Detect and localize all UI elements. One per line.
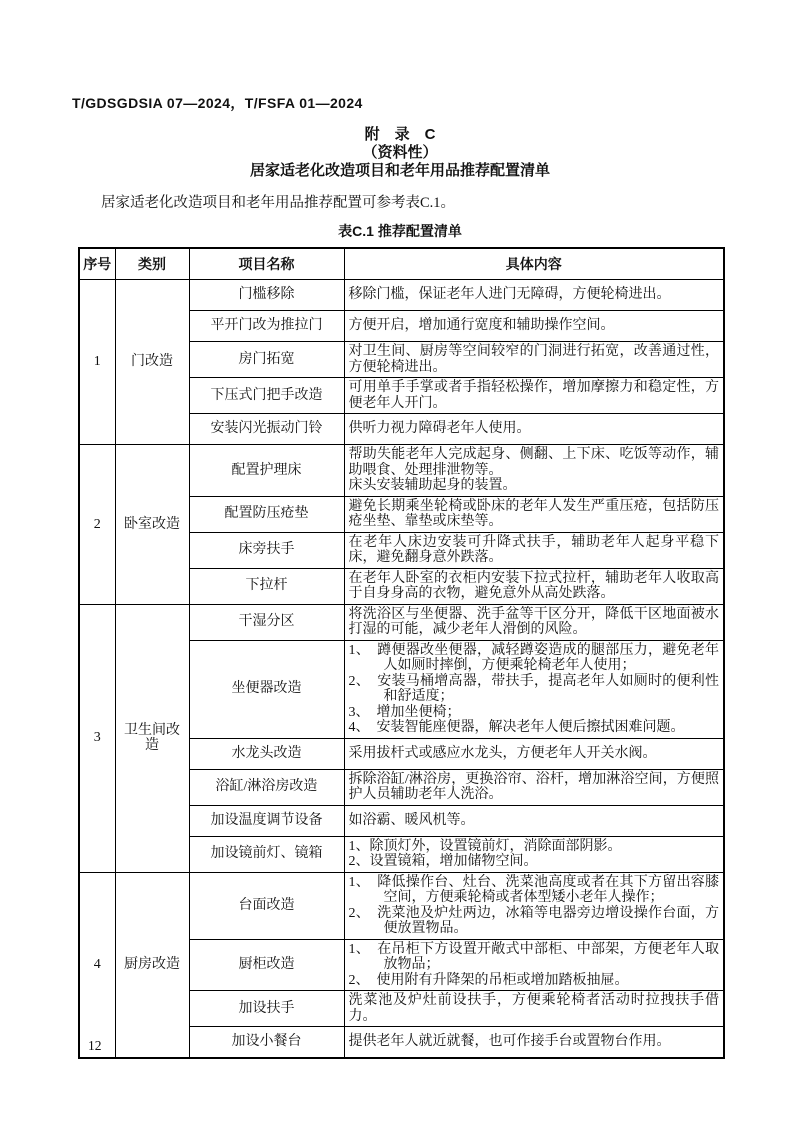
item-name-cell: 门槛移除: [189, 280, 344, 311]
category-cell: 厨房改造: [115, 872, 189, 1058]
content-line: 3、 增加坐便椅；: [349, 705, 720, 721]
row-no-cell: 1: [79, 280, 115, 445]
appendix-title-block: 附 录 C （资料性） 居家适老化改造项目和老年用品推荐配置清单: [0, 126, 800, 180]
col-header-3: 具体内容: [344, 248, 724, 280]
content-line: 4、 安装智能座便器，解决老年人便后擦拭困难问题。: [349, 720, 720, 736]
item-name-cell: 坐便器改造: [189, 640, 344, 738]
content-line: 床头安装辅助起身的装置。: [349, 478, 720, 494]
table-row: 4厨房改造台面改造1、 降低操作台、灶台、洗菜池高度或者在其下方留出容膝空间，方…: [79, 872, 724, 939]
doc-code: T/GDSGDSIA 07—2024，T/FSFA 01—2024: [72, 93, 363, 113]
row-no-cell: 4: [79, 872, 115, 1058]
item-name-cell: 房门拓宽: [189, 342, 344, 378]
config-table: 序号类别项目名称具体内容 1门改造门槛移除移除门槛，保证老年人进门无障碍，方便轮…: [78, 247, 725, 1059]
col-header-0: 序号: [79, 248, 115, 280]
item-content-cell: 1、 在吊柜下方设置开敞式中部柜、中部架，方便老年人取放物品；2、 使用附有升降…: [344, 939, 724, 991]
content-line: 2、 洗菜池及炉灶两边，冰箱等电器旁边增设操作台面，方便放置物品。: [349, 906, 720, 937]
item-content-cell: 方便开启，增加通行宽度和辅助操作空间。: [344, 311, 724, 342]
item-name-cell: 下拉杆: [189, 568, 344, 604]
item-content-cell: 避免长期乘坐轮椅或卧床的老年人发生严重压疮，包括防压疮坐垫、靠垫或床垫等。: [344, 496, 724, 532]
col-header-2: 项目名称: [189, 248, 344, 280]
table-head: 序号类别项目名称具体内容: [79, 248, 724, 280]
item-name-cell: 床旁扶手: [189, 532, 344, 568]
item-content-cell: 在老年人卧室的衣柜内安装下拉式拉杆，辅助老年人收取高于自身身高的衣物，避免意外从…: [344, 568, 724, 604]
intro-paragraph: 居家适老化改造项目和老年用品推荐配置可参考表C.1。: [72, 194, 723, 212]
item-content-cell: 如浴霸、暖风机等。: [344, 805, 724, 836]
item-content-cell: 采用拔杆式或感应水龙头，方便老年人开关水阀。: [344, 738, 724, 769]
item-name-cell: 配置护理床: [189, 445, 344, 497]
item-name-cell: 加设扶手: [189, 991, 344, 1027]
item-content-cell: 将洗浴区与坐便器、洗手盆等干区分开，降低干区地面被水打湿的可能，减少老年人滑倒的…: [344, 604, 724, 640]
appendix-title: 居家适老化改造项目和老年用品推荐配置清单: [0, 162, 800, 180]
appendix-label: 附 录 C: [0, 126, 800, 144]
appendix-kind: （资料性）: [0, 144, 800, 162]
item-content-cell: 移除门槛，保证老年人进门无障碍，方便轮椅进出。: [344, 280, 724, 311]
item-name-cell: 安装闪光振动门铃: [189, 414, 344, 445]
item-name-cell: 水龙头改造: [189, 738, 344, 769]
col-header-1: 类别: [115, 248, 189, 280]
page-number: 12: [88, 1038, 102, 1054]
item-content-cell: 在老年人床边安装可升降式扶手，辅助老年人起身平稳下床，避免翻身意外跌落。: [344, 532, 724, 568]
content-line: 1、 在吊柜下方设置开敞式中部柜、中部架，方便老年人取放物品；: [349, 942, 720, 973]
item-content-cell: 1、 降低操作台、灶台、洗菜池高度或者在其下方留出容膝空间，方便乘轮椅或者体型矮…: [344, 872, 724, 939]
content-line: 1、 降低操作台、灶台、洗菜池高度或者在其下方留出容膝空间，方便乘轮椅或者体型矮…: [349, 875, 720, 906]
item-content-cell: 拆除浴缸/淋浴房，更换浴帘、浴杆，增加淋浴空间，方便照护人员辅助老年人洗浴。: [344, 769, 724, 805]
document-page: T/GDSGDSIA 07—2024，T/FSFA 01—2024 附 录 C …: [0, 0, 800, 1131]
table-row: 3卫生间改造干湿分区将洗浴区与坐便器、洗手盆等干区分开，降低干区地面被水打湿的可…: [79, 604, 724, 640]
item-name-cell: 平开门改为推拉门: [189, 311, 344, 342]
item-content-cell: 洗菜池及炉灶前设扶手，方便乘轮椅者活动时拉拽扶手借力。: [344, 991, 724, 1027]
row-no-cell: 2: [79, 445, 115, 605]
content-line: 2、设置镜箱，增加储物空间。: [349, 854, 720, 870]
item-content-cell: 1、除顶灯外，设置镜前灯，消除面部阴影。2、设置镜箱，增加储物空间。: [344, 836, 724, 872]
item-content-cell: 帮助失能老年人完成起身、侧翻、上下床、吃饭等动作，辅助喂食、处理排泄物等。床头安…: [344, 445, 724, 497]
table-row: 1门改造门槛移除移除门槛，保证老年人进门无障碍，方便轮椅进出。: [79, 280, 724, 311]
item-content-cell: 对卫生间、厨房等空间较窄的门洞进行拓宽，改善通过性，方便轮椅进出。: [344, 342, 724, 378]
header-row: 序号类别项目名称具体内容: [79, 248, 724, 280]
content-line: 1、除顶灯外，设置镜前灯，消除面部阴影。: [349, 839, 720, 855]
table-caption: 表C.1 推荐配置清单: [0, 221, 800, 241]
category-cell: 门改造: [115, 280, 189, 445]
category-cell: 卫生间改造: [115, 604, 189, 872]
item-content-cell: 1、 蹲便器改坐便器，减轻蹲姿造成的腿部压力，避免老年人如厕时摔倒，方便乘轮椅老…: [344, 640, 724, 738]
item-name-cell: 下压式门把手改造: [189, 378, 344, 414]
item-content-cell: 提供老年人就近就餐，也可作接手台或置物台作用。: [344, 1027, 724, 1059]
item-name-cell: 浴缸/淋浴房改造: [189, 769, 344, 805]
table-row: 2卧室改造配置护理床帮助失能老年人完成起身、侧翻、上下床、吃饭等动作，辅助喂食、…: [79, 445, 724, 497]
item-name-cell: 台面改造: [189, 872, 344, 939]
content-line: 帮助失能老年人完成起身、侧翻、上下床、吃饭等动作，辅助喂食、处理排泄物等。: [349, 447, 720, 478]
item-name-cell: 厨柜改造: [189, 939, 344, 991]
item-content-cell: 供听力视力障碍老年人使用。: [344, 414, 724, 445]
content-line: 1、 蹲便器改坐便器，减轻蹲姿造成的腿部压力，避免老年人如厕时摔倒，方便乘轮椅老…: [349, 643, 720, 674]
content-line: 2、 安装马桶增高器，带扶手，提高老年人如厕时的便利性和舒适度；: [349, 674, 720, 705]
item-name-cell: 加设温度调节设备: [189, 805, 344, 836]
item-name-cell: 加设小餐台: [189, 1027, 344, 1059]
table-body: 1门改造门槛移除移除门槛，保证老年人进门无障碍，方便轮椅进出。平开门改为推拉门方…: [79, 280, 724, 1059]
content-line: 2、 使用附有升降架的吊柜或增加踏板抽屉。: [349, 973, 720, 989]
category-cell: 卧室改造: [115, 445, 189, 605]
item-content-cell: 可用单手手掌或者手指轻松操作，增加摩擦力和稳定性，方便老年人开门。: [344, 378, 724, 414]
item-name-cell: 加设镜前灯、镜箱: [189, 836, 344, 872]
item-name-cell: 配置防压疮垫: [189, 496, 344, 532]
row-no-cell: 3: [79, 604, 115, 872]
item-name-cell: 干湿分区: [189, 604, 344, 640]
